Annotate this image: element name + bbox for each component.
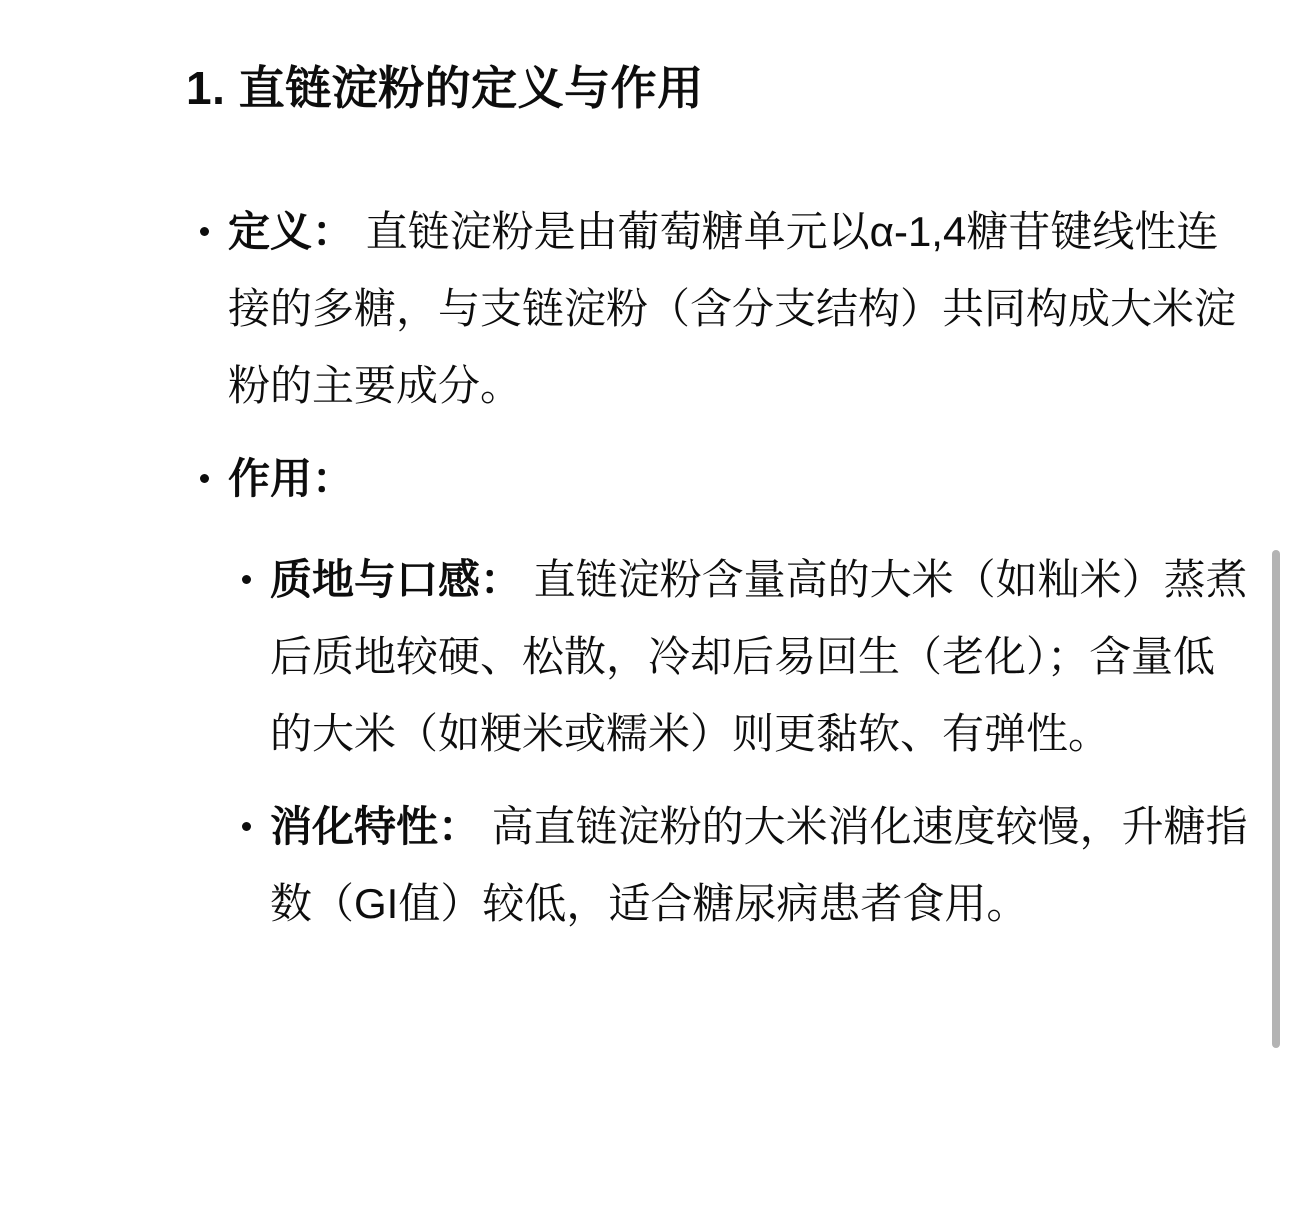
term-label: 质地与口感： (270, 556, 522, 603)
list-item-definition: 定义： 直链淀粉是由葡萄糖单元以α-1,4糖苷键线性连接的多糖，与支链淀粉（含分… (186, 193, 1248, 424)
list-item-function: 作用： 质地与口感： 直链淀粉含量高的大米（如籼米）蒸煮后质地较硬、松散，冷却后… (186, 440, 1248, 942)
bullet-icon (242, 822, 251, 831)
bullet-icon (200, 227, 209, 236)
section-heading: 1. 直链淀粉的定义与作用 (186, 58, 1248, 118)
bullet-icon (242, 575, 251, 584)
bullet-icon (200, 474, 209, 483)
nested-bullet-list: 质地与口感： 直链淀粉含量高的大米（如籼米）蒸煮后质地较硬、松散，冷却后易回生（… (228, 541, 1248, 942)
term-label: 定义： (228, 208, 354, 255)
scrollbar-thumb[interactable] (1272, 550, 1280, 1048)
list-item-texture: 质地与口感： 直链淀粉含量高的大米（如籼米）蒸煮后质地较硬、松散，冷却后易回生（… (228, 541, 1248, 772)
content-area: 1. 直链淀粉的定义与作用 定义： 直链淀粉是由葡萄糖单元以α-1,4糖苷键线性… (0, 0, 1290, 942)
list-item-digestion: 消化特性： 高直链淀粉的大米消化速度较慢，升糖指数（GI值）较低，适合糖尿病患者… (228, 788, 1248, 942)
bullet-list: 定义： 直链淀粉是由葡萄糖单元以α-1,4糖苷键线性连接的多糖，与支链淀粉（含分… (186, 193, 1248, 942)
term-label: 消化特性： (270, 803, 480, 850)
term-text: 直链淀粉是由葡萄糖单元以α-1,4糖苷键线性连接的多糖，与支链淀粉（含分支结构）… (228, 208, 1236, 409)
term-label: 作用： (228, 455, 354, 502)
